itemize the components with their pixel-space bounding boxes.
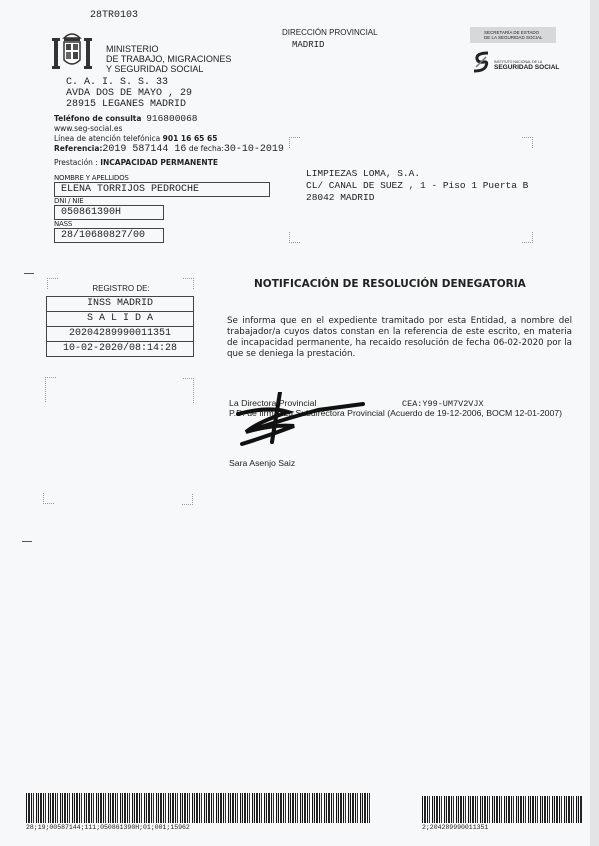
signer-name: Sara Asenjo Saiz (229, 458, 295, 468)
nass-field: 28/10680827/00 (54, 228, 164, 243)
document-code: 28TR0103 (90, 10, 138, 21)
handwritten-signature (228, 392, 368, 452)
reference-date: 30-10-2019 (224, 144, 284, 155)
registro-label: REGISTRO DE: (48, 284, 194, 293)
coat-of-arms-icon (50, 28, 94, 72)
contact-block: Teléfono de consulta 916800068 www.seg-s… (54, 114, 284, 168)
seguridad-social-logo-icon (472, 51, 490, 73)
registro-stamp: INSS MADRID S A L I D A 2020428999001135… (46, 296, 194, 357)
ministry-name: MINISTERIO DE TRABAJO, MIGRACIONES Y SEG… (106, 44, 231, 74)
cea-code: CEA:Y99-UM7V2VJX (402, 399, 484, 409)
website-link[interactable]: www.seg-social.es (54, 124, 284, 134)
direccion-label: DIRECCIÓN PROVINCIAL (282, 28, 378, 37)
main-barcode (26, 793, 371, 823)
prestacion-value: INCAPACIDAD PERMANENTE (100, 158, 218, 167)
registro-office: INSS MADRID (47, 297, 193, 312)
beneficiary-fields: NOMBRE Y APELLIDOS ELENA TORRIJOS PEDROC… (54, 174, 270, 243)
instituto-big: SEGURIDAD SOCIAL (494, 64, 559, 71)
page-edge (590, 0, 599, 846)
secondary-barcode-text: 2;204289990011351 (422, 824, 488, 831)
notice-body: Se informa que en el expediente tramitad… (227, 316, 572, 360)
secondary-barcode (422, 796, 582, 823)
recipient-address: LIMPIEZAS LOMA, S.A. CL/ CANAL DE SUEZ ,… (306, 168, 528, 204)
direccion-city: MADRID (292, 40, 324, 50)
registro-type: S A L I D A (47, 312, 193, 327)
name-field: ELENA TORRIJOS PEDROCHE (54, 182, 270, 197)
main-barcode-text: 28;19;00587144;111;050861390H;01;001;159… (26, 824, 190, 831)
office-address: C. A. I. S. S. 33 AVDA DOS DE MAYO , 29 … (66, 77, 192, 110)
secretaria-banner: SECRETARÍA DE ESTADO DE LA SEGURIDAD SOC… (470, 27, 556, 43)
dni-field: 050861390H (54, 205, 164, 220)
reference-number: 2019 587144 16 (102, 144, 186, 155)
notice-title: NOTIFICACIÓN DE RESOLUCIÓN DENEGATORIA (254, 278, 526, 290)
document-page: 28TR0103 MINISTERIO DE TRABAJO, MIGRACIO… (0, 0, 590, 846)
registro-datetime: 10-02-2020/08:14:28 (47, 342, 193, 356)
registro-number: 20204289990011351 (47, 327, 193, 342)
